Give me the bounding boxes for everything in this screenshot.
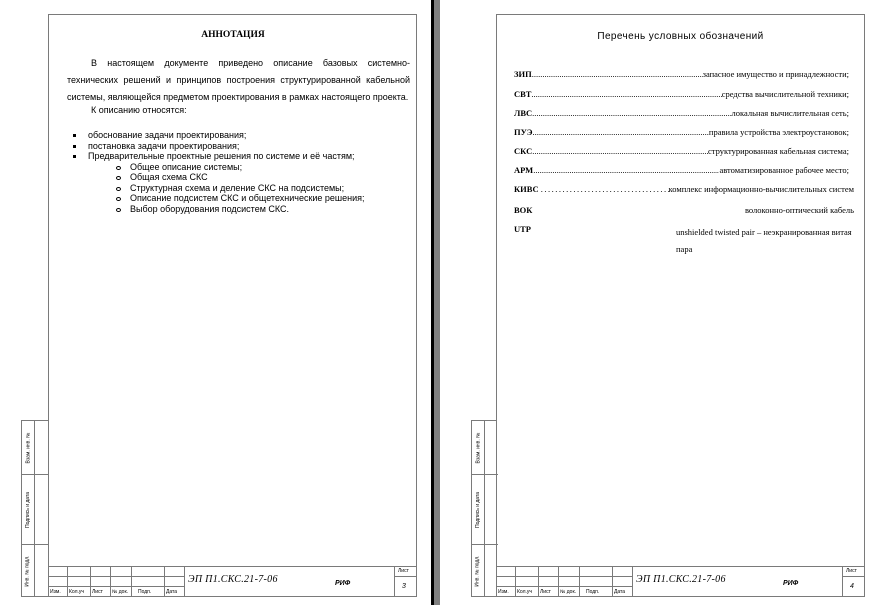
abbreviation-row: СВТ.....................................… bbox=[514, 89, 849, 99]
side-label: Инв. № подл. bbox=[472, 545, 484, 597]
side-label: Подпись и дата bbox=[22, 475, 34, 545]
abbreviation-row: ВОКволоконно-оптический кабель bbox=[514, 205, 854, 215]
sublist-item: Общее описание системы; bbox=[116, 162, 365, 173]
annotation-list: обоснование задачи проектирования; поста… bbox=[73, 130, 365, 214]
side-label: Инв. № подл. bbox=[22, 545, 34, 597]
annotation-title: АННОТАЦИЯ bbox=[50, 30, 416, 40]
bullet-icon bbox=[73, 155, 76, 158]
list-item: Предварительные проектные решения по сис… bbox=[73, 151, 365, 214]
document-code: ЭП П1.СКС.21-7-06 bbox=[188, 574, 278, 585]
sheet-label: Лист bbox=[846, 568, 857, 574]
page-frame bbox=[496, 14, 865, 597]
circle-bullet-icon bbox=[116, 166, 121, 170]
title-block: Изм. Кол.уч Лист № док. Подп. Дата ЭП П1… bbox=[496, 566, 865, 597]
abbreviation-definition: unshielded twisted pair – неэкранированн… bbox=[676, 224, 861, 258]
title-block: Изм. Кол.уч Лист № док. Подп. Дата ЭП П1… bbox=[48, 566, 417, 597]
sublist-item: Общая схема СКС bbox=[116, 172, 365, 183]
abbreviation-row: ЗИП.....................................… bbox=[514, 69, 849, 79]
organization-mark: РИФ bbox=[335, 580, 350, 587]
organization-mark: РИФ bbox=[783, 580, 798, 587]
sheet-number: 4 bbox=[850, 583, 854, 590]
stamp-col-label: Кол.уч bbox=[517, 589, 532, 595]
stamp-col-label: № док. bbox=[112, 589, 128, 595]
sublist-item: Описание подсистем СКС и общетехнические… bbox=[116, 193, 365, 204]
circle-bullet-icon bbox=[116, 197, 121, 201]
stamp-col-label: Дата bbox=[614, 589, 625, 595]
circle-bullet-icon bbox=[116, 176, 121, 180]
document-code: ЭП П1.СКС.21-7-06 bbox=[636, 574, 726, 585]
list-item: постановка задачи проектирования; bbox=[73, 141, 365, 152]
stamp-col-label: Лист bbox=[540, 589, 551, 595]
stamp-col-label: Лист bbox=[92, 589, 103, 595]
circle-bullet-icon bbox=[116, 208, 121, 212]
abbreviation-row: АРМ.....................................… bbox=[514, 165, 849, 175]
list-item: обоснование задачи проектирования; bbox=[73, 130, 365, 141]
stamp-col-label: Изм. bbox=[50, 589, 61, 595]
bullet-icon bbox=[73, 134, 76, 137]
annotation-paragraph: В настоящем документе приведено описание… bbox=[67, 55, 410, 106]
circle-bullet-icon bbox=[116, 187, 121, 191]
stamp-col-label: Подп. bbox=[138, 589, 151, 595]
abbreviation-row: КИВС ...................................… bbox=[514, 184, 854, 194]
stamp-col-label: Кол.уч bbox=[69, 589, 84, 595]
stamp-col-label: № док. bbox=[560, 589, 576, 595]
side-label: Взам. инв. № bbox=[472, 421, 484, 475]
sheet-number: 3 bbox=[402, 583, 406, 590]
side-label: Подпись и дата bbox=[472, 475, 484, 545]
abbreviation-row: ЛВС.....................................… bbox=[514, 108, 849, 118]
sheet-label: Лист bbox=[398, 568, 409, 574]
sublist-item: Выбор оборудования подсистем СКС. bbox=[116, 204, 365, 215]
stamp-col-label: Подп. bbox=[586, 589, 599, 595]
side-strip: Взам. инв. № Подпись и дата Инв. № подл. bbox=[471, 420, 496, 597]
stamp-col-label: Изм. bbox=[498, 589, 509, 595]
abbreviation-row: СКС.....................................… bbox=[514, 146, 849, 156]
page-separator-shadow bbox=[434, 0, 440, 605]
abbreviations-title: Перечень условных обозначений bbox=[497, 31, 864, 42]
side-label: Взам. инв. № bbox=[22, 421, 34, 475]
sublist-item: Структурная схема и деление СКС на подси… bbox=[116, 183, 365, 194]
side-strip: Взам. инв. № Подпись и дата Инв. № подл. bbox=[21, 420, 48, 597]
stamp-col-label: Дата bbox=[166, 589, 177, 595]
annotation-sublist: Общее описание системы; Общая схема СКС … bbox=[88, 162, 365, 215]
bullet-icon bbox=[73, 145, 76, 148]
abbreviation-row: ПУЭ.....................................… bbox=[514, 127, 849, 137]
annotation-intro: К описанию относятся: bbox=[91, 105, 187, 115]
